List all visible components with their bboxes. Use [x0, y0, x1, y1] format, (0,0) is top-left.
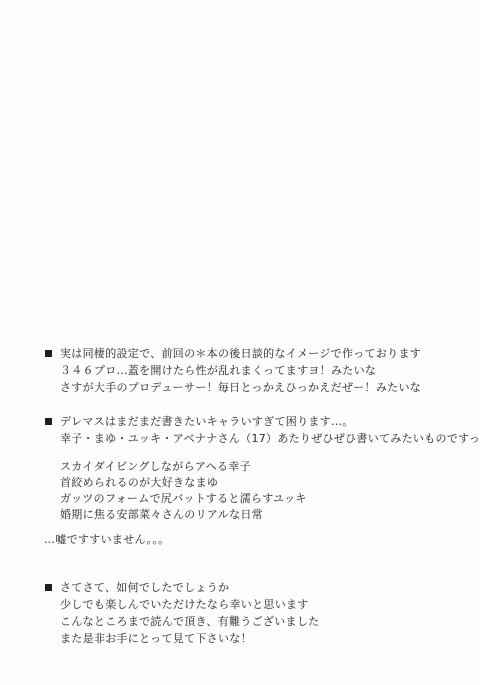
- afterword-line: デレマスはまだまだ書きたいキャラいすぎて困ります…。: [60, 413, 480, 430]
- afterword-paragraph-2: デレマスはまだまだ書きたいキャラいすぎて困ります…。 幸子・まゆ・ユッキ・アベナ…: [45, 413, 480, 447]
- afterword-line: 実は同棲的設定で、前回の＊本の後日談的なイメージで作っております: [60, 345, 421, 362]
- paragraph-lines: …嘘ですすいません。。。: [44, 531, 169, 548]
- afterword-line: こんなところまで読んで頂き、有難うございました: [60, 613, 319, 630]
- bullet-square-icon: [45, 350, 52, 357]
- afterword-line: スカイダイビングしながらアヘる幸子: [60, 459, 307, 475]
- afterword-line: さすが大手のプロデューサー！毎日とっかえひっかえだぜー！みたいな: [60, 379, 421, 396]
- afterword-line: ３４６プロ…蓋を開けたら性が乱れまくってますヨ！みたいな: [60, 362, 421, 379]
- afterword-line: 少しでも楽しんでいただけたなら幸いと思います: [60, 596, 319, 613]
- paragraph-lines: スカイダイビングしながらアヘる幸子 首絞められるのが大好きなまゆ ガッツのフォー…: [60, 459, 307, 523]
- bullet-square-icon: [45, 418, 52, 425]
- afterword-line: また是非お手にとって見て下さいな！: [60, 630, 319, 647]
- afterword-line: さてさて、如何でしたでしょうか: [60, 579, 319, 596]
- afterword-paragraph-1: 実は同棲的設定で、前回の＊本の後日談的なイメージで作っております ３４６プロ…蓋…: [45, 345, 421, 396]
- bullet-square-icon: [45, 584, 52, 591]
- afterword-line: 幸子・まゆ・ユッキ・アベナナさん（17）あたりぜひぜひ書いてみたいものですっ: [60, 430, 480, 447]
- afterword-closing-paragraph: さてさて、如何でしたでしょうか 少しでも楽しんでいただけたなら幸いと思います こ…: [45, 579, 319, 647]
- afterword-line: 首絞められるのが大好きなまゆ: [60, 475, 307, 491]
- scanned-afterword-page: 実は同棲的設定で、前回の＊本の後日談的なイメージで作っております ３４６プロ…蓋…: [0, 0, 480, 685]
- afterword-line: 婚期に焦る安部菜々さんのリアルな日常: [60, 507, 307, 523]
- paragraph-lines: 実は同棲的設定で、前回の＊本の後日談的なイメージで作っております ３４６プロ…蓋…: [60, 345, 421, 396]
- afterword-joke-retraction: …嘘ですすいません。。。: [44, 531, 169, 548]
- afterword-line: …嘘ですすいません。。。: [44, 531, 169, 548]
- paragraph-lines: デレマスはまだまだ書きたいキャラいすぎて困ります…。 幸子・まゆ・ユッキ・アベナ…: [60, 413, 480, 447]
- paragraph-lines: さてさて、如何でしたでしょうか 少しでも楽しんでいただけたなら幸いと思います こ…: [60, 579, 319, 647]
- afterword-character-list: スカイダイビングしながらアヘる幸子 首絞められるのが大好きなまゆ ガッツのフォー…: [60, 459, 307, 523]
- afterword-line: ガッツのフォームで尻バットすると濡らすユッキ: [60, 491, 307, 507]
